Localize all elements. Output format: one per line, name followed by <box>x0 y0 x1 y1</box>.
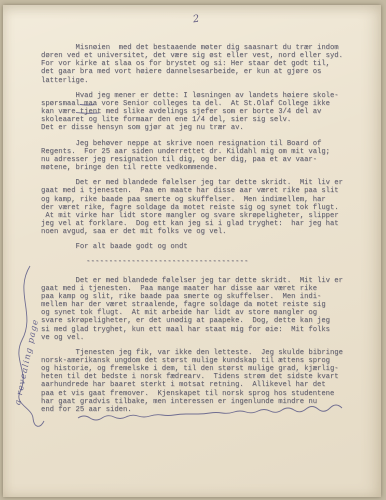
paragraph-blandede-foelelser-1: Det er med blandede følelser jeg tar det… <box>41 179 363 236</box>
paragraph-hvad-jeg-mener: Hvad jeg mener er dette: I løsningen av … <box>41 92 363 133</box>
line-for-alt: For alt baade godt og ondt <box>41 243 363 251</box>
scanned-document: 2 Misnøien med det bestaaende møter dig … <box>0 0 386 500</box>
dashed-separator: ------------------------------------ <box>41 258 363 266</box>
typed-text-block: Misnøien med det bestaaende møter dig sa… <box>41 44 363 421</box>
paragraph-resignation: Jeg behøver neppe at skrive noen resigna… <box>41 140 363 173</box>
letter-page: 2 Misnøien med det bestaaende møter dig … <box>3 5 381 497</box>
margin-note-handwritten: a revealing page <box>10 306 43 418</box>
paragraph-blandede-foelelser-2: Det er med blandede følelser jeg tar det… <box>41 277 363 342</box>
paragraph-tjenesten: Tjenesten jeg fik, var ikke den letteste… <box>41 349 363 414</box>
page-number-handwritten: 2 <box>192 14 200 26</box>
paragraph-misnoien: Misnøien med det bestaaende møter dig sa… <box>41 44 363 85</box>
